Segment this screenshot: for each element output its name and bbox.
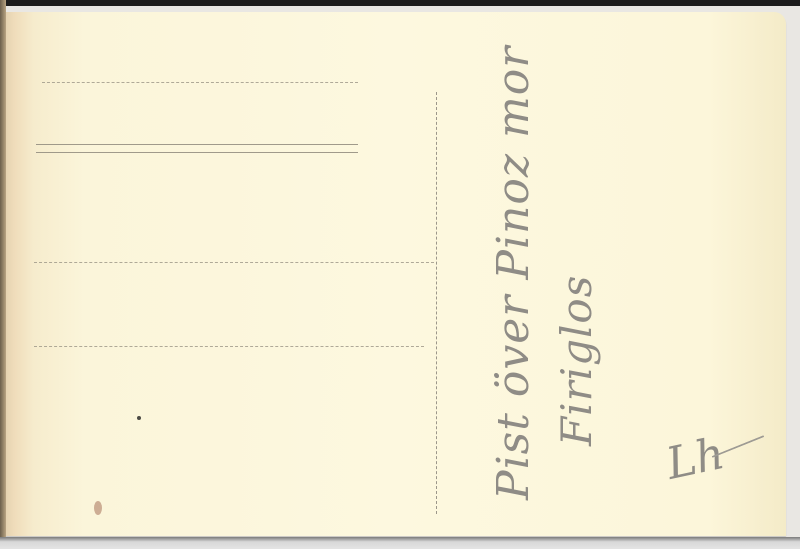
address-line-2b bbox=[36, 152, 358, 153]
center-divider bbox=[436, 92, 437, 514]
address-line-3 bbox=[34, 262, 434, 263]
scanner-top-edge bbox=[0, 0, 800, 6]
scanner-bottom-edge bbox=[0, 537, 800, 549]
scanner-left-edge bbox=[0, 0, 6, 549]
address-line-4 bbox=[34, 346, 424, 347]
address-line-1 bbox=[42, 82, 358, 83]
ink-dot bbox=[137, 416, 141, 420]
paper-stain bbox=[94, 501, 102, 515]
handwritten-line-1: Pist över Pinoz mor bbox=[488, 46, 539, 500]
handwritten-line-2: Firiglos bbox=[552, 275, 601, 446]
address-line-2a bbox=[36, 144, 358, 145]
